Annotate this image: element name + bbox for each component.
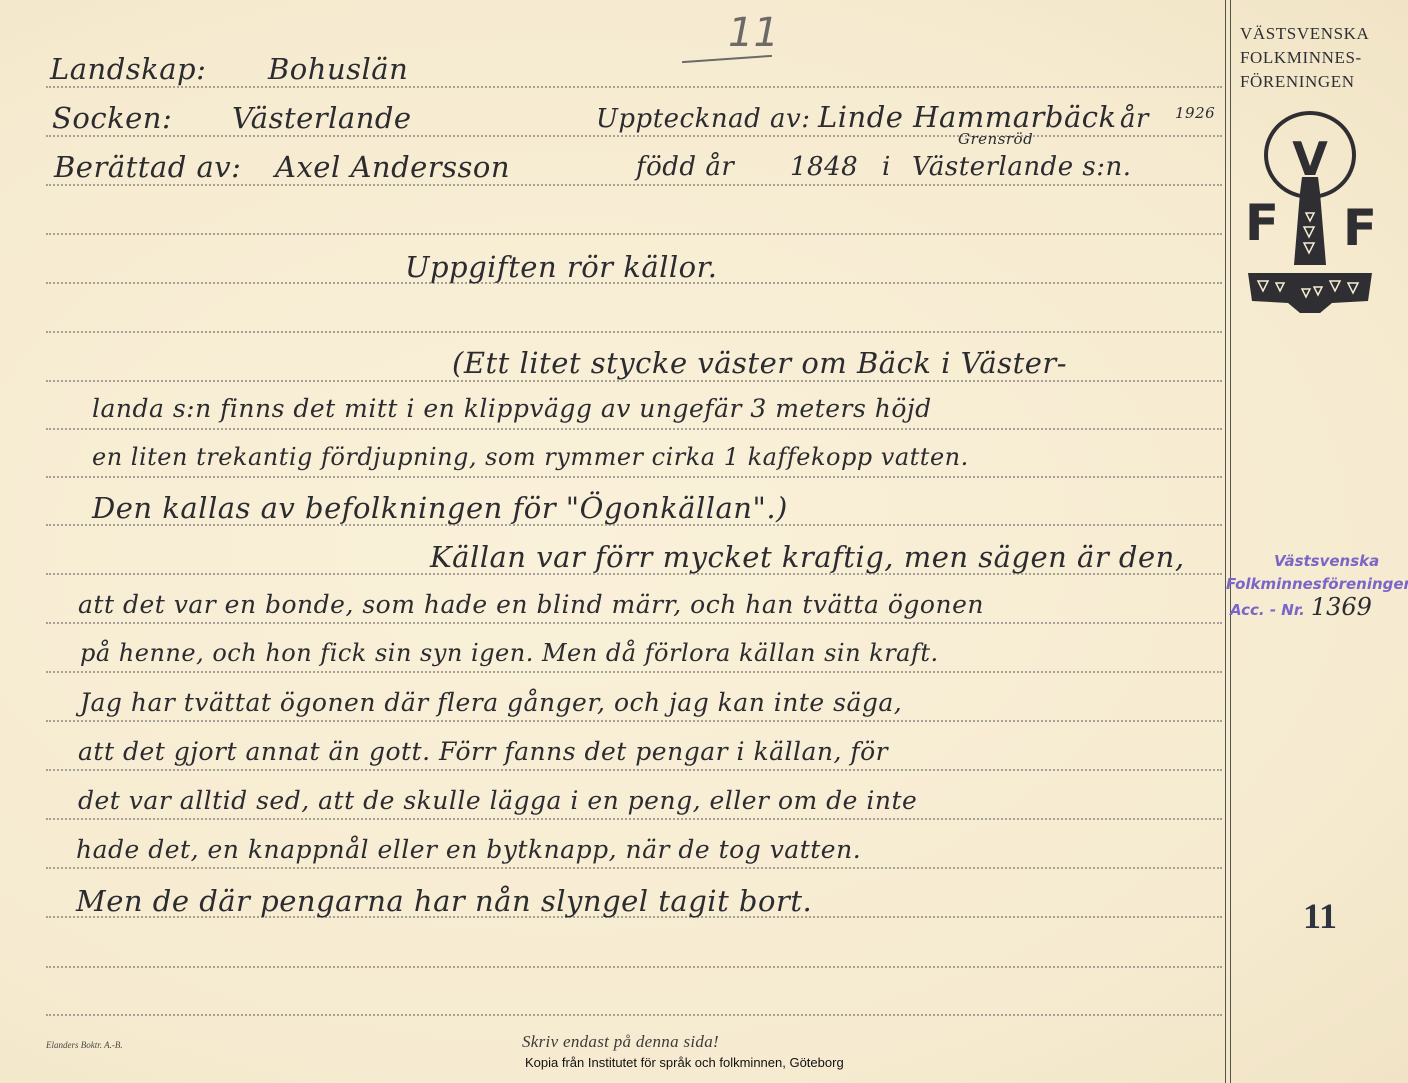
fodd-year: 1848 (790, 152, 858, 182)
berattad-label: Berättad av: (54, 150, 241, 184)
ruling-line (46, 818, 1222, 820)
body-line-9: att det gjort annat än gott. Förr fanns … (78, 737, 888, 766)
landskap-value: Bohuslän (268, 52, 408, 86)
ruling-line (46, 86, 1222, 88)
body-line-6: att det var en bonde, som hade en blind … (78, 590, 984, 619)
landskap-label: Landskap: (50, 52, 206, 86)
ruling-line (46, 1014, 1222, 1016)
upptecknad-value: Linde Hammarbäck (818, 100, 1117, 134)
vff-hammer-logo-icon: V F F (1240, 105, 1380, 315)
ruling-line (46, 135, 1222, 137)
year-value: 1926 (1175, 104, 1215, 122)
body-line-10: det var alltid sed, att de skulle lägga … (78, 786, 917, 815)
stamp-acc-label: Acc. - Nr. (1230, 601, 1305, 619)
logo-letter-f-right: F (1343, 199, 1377, 257)
upptecknad-label: Upptecknad av: (596, 104, 810, 134)
org-name: VÄSTSVENSKA FOLKMINNES- FÖRENINGEN (1240, 22, 1369, 94)
ruling-line (46, 966, 1222, 968)
ruling-line (46, 720, 1222, 722)
socken-value: Västerlande (232, 101, 412, 135)
body-line-8: Jag har tvättat ögonen där flera gånger,… (80, 688, 902, 717)
body-line-12: Men de där pengarna har nån slyngel tagi… (76, 884, 812, 918)
ruling-line (46, 769, 1222, 771)
ruling-line (46, 428, 1222, 430)
stamp-line-1: Västsvenska (1226, 550, 1408, 573)
margin-rule (1230, 0, 1231, 1083)
ruling-line (46, 184, 1222, 186)
stamp-acc-number: 1369 (1311, 593, 1372, 621)
ruling-line (46, 380, 1222, 382)
printer-imprint: Elanders Boktr. A.-B. (46, 1040, 123, 1050)
ruling-line (46, 331, 1222, 333)
org-name-line-1: VÄSTSVENSKA (1240, 22, 1369, 46)
socken-label: Socken: (52, 101, 172, 135)
fodd-place: Västerlande s:n. (912, 152, 1131, 182)
record-title: Uppgiften rör källor. (405, 250, 718, 284)
body-line-4: Den kallas av befolkningen för "Ögonkäll… (92, 491, 788, 525)
body-line-11: hade det, en knappnål eller en bytknapp,… (76, 835, 861, 864)
body-line-7: på henne, och hon fick sin syn igen. Men… (80, 639, 939, 667)
copy-note: Kopia från Institutet för språk och folk… (525, 1055, 844, 1070)
ruling-line (46, 233, 1222, 235)
ruling-line (46, 671, 1222, 673)
fodd-place-insert: Grensröd (958, 130, 1033, 148)
stamp-line-3: Acc. - Nr.1369 (1226, 596, 1408, 622)
body-line-2: landa s:n finns det mitt i en klippvägg … (92, 394, 932, 423)
org-name-line-2: FOLKMINNES- (1240, 46, 1369, 70)
berattad-value: Axel Andersson (275, 150, 510, 184)
instruction-text: Skriv endast på denna sida! (522, 1032, 719, 1052)
fodd-place-prefix: i (882, 152, 891, 182)
record-card: 11 Landskap: Bohuslän Socken: Västerland… (0, 0, 1408, 1083)
ruling-line (46, 867, 1222, 869)
year-label: år (1120, 104, 1149, 134)
margin-rule (1225, 0, 1226, 1083)
org-name-line-3: FÖRENINGEN (1240, 70, 1369, 94)
page-number: 11 (1303, 895, 1337, 937)
fodd-label: född år (636, 152, 734, 182)
acquisition-stamp: Västsvenska Folkminnesföreningen Acc. - … (1226, 550, 1408, 622)
pencil-page-number: 11 (728, 10, 779, 56)
ruling-line (46, 476, 1222, 478)
pencil-underline (682, 55, 772, 63)
logo-letter-f-left: F (1245, 194, 1279, 252)
ruling-line (46, 622, 1222, 624)
body-line-1: (Ett litet stycke väster om Bäck i Väste… (452, 346, 1067, 380)
body-line-3: en liten trekantig fördjupning, som rymm… (92, 443, 969, 471)
body-line-5: Källan var förr mycket kraftig, men säge… (430, 540, 1185, 574)
